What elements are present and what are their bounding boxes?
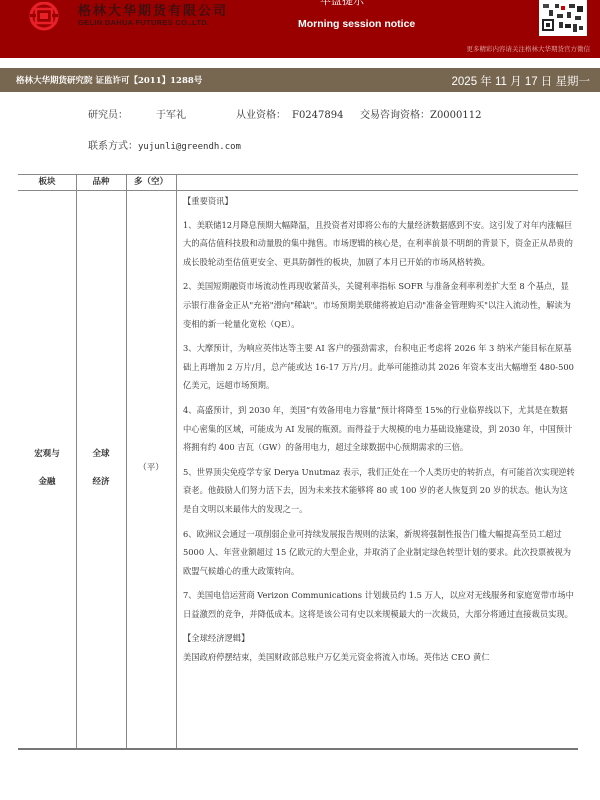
table-col-divider — [176, 174, 177, 748]
report-date: 2025 年 11 月 17 日 星期一 — [452, 73, 590, 89]
company-logo-icon — [26, 2, 62, 34]
header-banner: 格林大华期货有限公司 GELIN DAHUA FUTURES CO.,LTD. … — [0, 0, 600, 58]
news-item: 2、美国短期融资市场流动性再现收紧苗头，关键利率指标 SOFR 与准备金利率利差… — [183, 277, 575, 333]
news-item: 7、美国电信运营商 Verizon Communications 计划裁员约 1… — [183, 586, 575, 623]
variety-line-2: 经济 — [76, 468, 126, 496]
sector-cell: 宏观与 金融 — [18, 440, 76, 496]
table-header-border — [18, 190, 578, 191]
news-content: 【重要资讯】 1、美联储12月降息预期大幅降温，且投资者对即将公布的大量经济数据… — [183, 192, 575, 667]
company-name-en: GELIN DAHUA FUTURES CO.,LTD. — [78, 18, 209, 27]
contact-info: 联系方式：yujunli@greendh.com — [88, 137, 241, 152]
report-title-en: Morning session notice — [298, 18, 415, 30]
sector-line-1: 宏观与 — [18, 440, 76, 468]
direction-cell: （平） — [126, 454, 176, 482]
report-title-cn: 早盘提示 — [320, 0, 364, 8]
license-label: 从业资格： — [236, 106, 292, 121]
company-name-cn: 格林大华期货有限公司 — [78, 0, 228, 19]
table-bottom-border — [18, 748, 578, 750]
researcher-info: 研究员：于军礼从业资格：F0247894交易咨询资格：Z0000112 — [88, 106, 481, 121]
header-sector: 板块 — [18, 175, 76, 187]
institute-license: 格林大华期货研究院 证监许可【2011】1288号 — [16, 74, 202, 86]
section-heading-logic: 【全球经济逻辑】 — [183, 629, 575, 648]
section-heading-news: 【重要资讯】 — [183, 192, 575, 211]
license-number: F0247894 — [292, 110, 360, 121]
header-variety: 品种 — [76, 175, 126, 187]
header-direction: 多（空） — [126, 175, 176, 187]
news-item: 3、大摩预计，为响应英伟达等主要 AI 客户的强劲需求，台积电正考虑将 2026… — [183, 339, 575, 395]
news-item: 1、美联储12月降息预期大幅降温，且投资者对即将公布的大量经济数据感到不安。这引… — [183, 216, 575, 272]
wechat-qr-code-icon — [539, 0, 587, 36]
sector-line-2: 金融 — [18, 468, 76, 496]
news-item: 5、世界顶尖免疫学专家 Derya Unutmaz 表示，我们正处在一个人类历史… — [183, 463, 575, 519]
contact-email[interactable]: yujunli@greendh.com — [138, 142, 241, 152]
advisory-label: 交易咨询资格： — [360, 106, 430, 121]
variety-line-1: 全球 — [76, 440, 126, 468]
researcher-name: 于军礼 — [156, 106, 236, 121]
follow-wechat-text: 更多精彩内容请关注格林大华期货官方微信 — [467, 44, 591, 53]
variety-cell: 全球 经济 — [76, 440, 126, 496]
logic-paragraph: 美国政府停摆结束，美国财政部总账户万亿美元资金将流入市场。英伟达 CEO 黄仁 — [183, 648, 575, 667]
news-item: 4、高盛预计，到 2030 年，美国“有效备用电力容量”预计将降至 15%的行业… — [183, 401, 575, 457]
advisory-number: Z0000112 — [430, 110, 481, 121]
researcher-label: 研究员： — [88, 106, 156, 121]
institute-bar: 格林大华期货研究院 证监许可【2011】1288号 2025 年 11 月 17… — [0, 68, 600, 92]
news-item: 6、欧洲议会通过一项削弱企业可持续发展报告规则的法案，新规将强制性报告门槛大幅提… — [183, 525, 575, 581]
contact-label: 联系方式： — [88, 137, 138, 152]
